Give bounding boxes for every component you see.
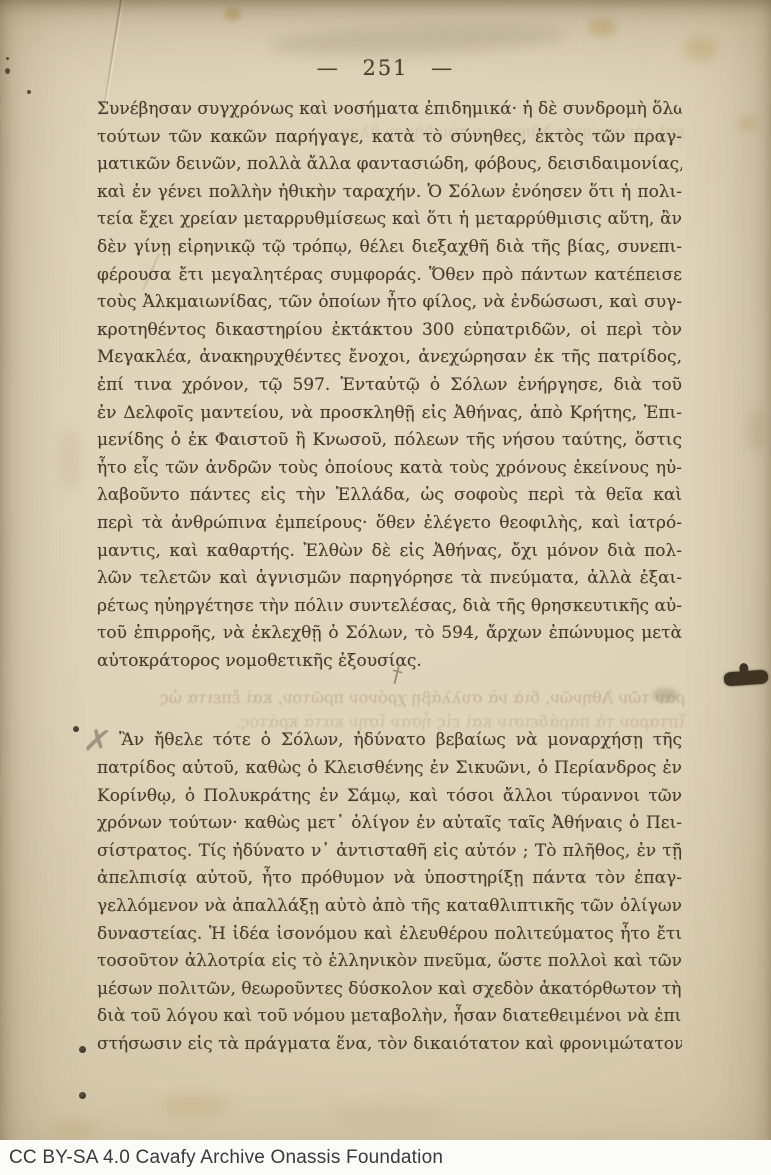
page-number: — 251 — <box>0 56 771 80</box>
paper-background: ραν τῶν Ἀθηνῶν, διὰ νὰ συλλάβῃ χρόνον πρ… <box>0 0 771 1175</box>
text-line: ἐπί τινα χρόνον, τῷ 597. Ἐνταὐτῷ ὁ Σόλων… <box>97 372 682 400</box>
stain <box>738 116 758 131</box>
ink-blot <box>724 669 769 686</box>
text-line: τοὺς Ἀλκμαιωνίδας, τῶν ὁποίων ἦτο φίλος,… <box>97 289 682 317</box>
text-line: μέσων πολιτῶν, θεωροῦντες δύσκολον καὶ σ… <box>97 976 682 1004</box>
stain <box>60 430 82 490</box>
stain <box>588 18 616 37</box>
text-line: δὲν γίνῃ εἰρηνικῷ τῷ τρόπῳ, θέλει διεξαχ… <box>97 234 682 262</box>
text-line: τοῦ ἐπιρροῆς, νὰ ἐκλεχθῇ ὁ Σόλων, τὸ 594… <box>97 620 682 648</box>
text-line: χρόνων τούτων· καθὼς μετ᾿ ὀλίγον ἐν αὐτα… <box>97 810 682 838</box>
ink-smudge <box>652 688 678 702</box>
text-line: αὐτοκράτορος νομοθετικῆς ἐξουσίας. <box>97 648 682 676</box>
text-line: πατρίδος αὐτοῦ, καθὼς ὁ Κλεισθένης ἐν Σι… <box>97 755 682 783</box>
text-line: Συνέβησαν συγχρόνως καὶ νοσήματα ἐπιδημι… <box>97 96 682 124</box>
text-line: τοσοῦτον ἀλλοτρία εἰς τὸ ἑλληνικὸν πνεῦμ… <box>97 948 682 976</box>
text-line: ἐν Δελφοῖς μαντείου, νὰ προσκληθῇ εἰς Ἀθ… <box>97 400 682 428</box>
ink-speck <box>27 90 31 94</box>
text-line: διὰ τοῦ λόγου καὶ τοῦ νόμου μεταβολὴν, ἦ… <box>97 1003 682 1031</box>
stain <box>268 21 569 59</box>
text-line: τούτων τῶν κακῶν παρήγαγε, κατὰ τὸ σύνηθ… <box>97 124 682 152</box>
text-line: Μεγακλέα, ἀνακηρυχθέντες ἔνοχοι, ἀνεχώρη… <box>97 344 682 372</box>
stain <box>52 1120 98 1137</box>
margin-dot <box>79 1046 86 1053</box>
text-line: ἀπελπισίᾳ αὐτοῦ, ἦτο πρόθυμον νὰ ὑποστηρ… <box>97 865 682 893</box>
text-line: Κορίνθῳ, ὁ Πολυκράτης ἐν Σάμῳ, καὶ τόσοι… <box>97 783 682 811</box>
text-line: ρέτως ηὐηργέτησε τὴν πόλιν συντελέσας, δ… <box>97 593 682 621</box>
text-line: μαντις, καὶ καθαρτής. Ἐλθὼν δὲ εἰς Ἀθήνα… <box>97 538 682 566</box>
license-text: CC BY-SA 4.0 Cavafy Archive Onassis Foun… <box>9 1147 443 1168</box>
text-line: φέρουσα ἔτι μεγαλητέρας συμφοράς. Ὅθεν π… <box>97 262 682 290</box>
stain <box>748 408 764 452</box>
stain <box>224 8 241 21</box>
text-line: μενίδης ὁ ἐκ Φαιστοῦ ἢ Κνωσοῦ, πόλεων τῆ… <box>97 427 682 455</box>
text-line: Ἂν ἤθελε τότε ὁ Σόλων, ἠδύνατο βεβαίως ν… <box>97 727 682 755</box>
text-line: γελλόμενον νὰ ἀπαλλάξῃ αὐτὸ ἀπὸ τῆς κατα… <box>97 893 682 921</box>
text-line: τεία ἔχει χρείαν μεταρρυθμίσεως καὶ ὅτι … <box>97 206 682 234</box>
license-bar: CC BY-SA 4.0 Cavafy Archive Onassis Foun… <box>0 1140 771 1175</box>
paragraph: Ἂν ἤθελε τότε ὁ Σόλων, ἠδύνατο βεβαίως ν… <box>97 727 682 1058</box>
text-line: λῶν τελετῶν καὶ ἁγνισμῶν παρηγόρησε τὰ π… <box>97 565 682 593</box>
scanned-book-page: ραν τῶν Ἀθηνῶν, διὰ νὰ συλλάβῃ χρόνον πρ… <box>0 0 771 1175</box>
text-line: σίστρατος. Τίς ἠδύνατο ν᾿ ἀντισταθῆ εἰς … <box>97 838 682 866</box>
paper-crease <box>103 0 122 105</box>
text-line: στήσωσιν εἰς τὰ πράγματα ἕνα, τὸν δικαιό… <box>97 1031 682 1059</box>
margin-dot <box>73 726 79 732</box>
text-line: δυναστείας. Ἡ ἰδέα ἰσονόμου καὶ ἐλευθέρο… <box>97 921 682 949</box>
text-block: Συνέβησαν συγχρόνως καὶ νοσήματα ἐπιδημι… <box>97 96 682 1059</box>
text-line: περὶ τὰ ἀνθρώπινα ἐμπείρους· ὅθεν ἐλέγετ… <box>97 510 682 538</box>
text-line: κροτηθέντος δικαστηρίου ἐκτάκτου 300 εὐπ… <box>97 317 682 345</box>
text-line: καὶ ἐν γένει πολλὴν ἠθικὴν ταραχήν. Ὁ Σό… <box>97 179 682 207</box>
text-line: λαβοῦντο πάντες εἰς τὴν Ἑλλάδα, ὡς σοφοὺ… <box>97 482 682 510</box>
stain <box>330 1106 450 1126</box>
stain <box>160 1094 230 1118</box>
margin-dot <box>79 1092 86 1099</box>
paragraph: Συνέβησαν συγχρόνως καὶ νοσήματα ἐπιδημι… <box>97 96 682 675</box>
text-line: ἦτο εἷς τῶν ἀνδρῶν τοὺς ὁποίους κατὰ τοὺ… <box>97 455 682 483</box>
text-line: ματικῶν δεινῶν, πολλὰ ἄλλα φαντασιώδη, φ… <box>97 151 682 179</box>
